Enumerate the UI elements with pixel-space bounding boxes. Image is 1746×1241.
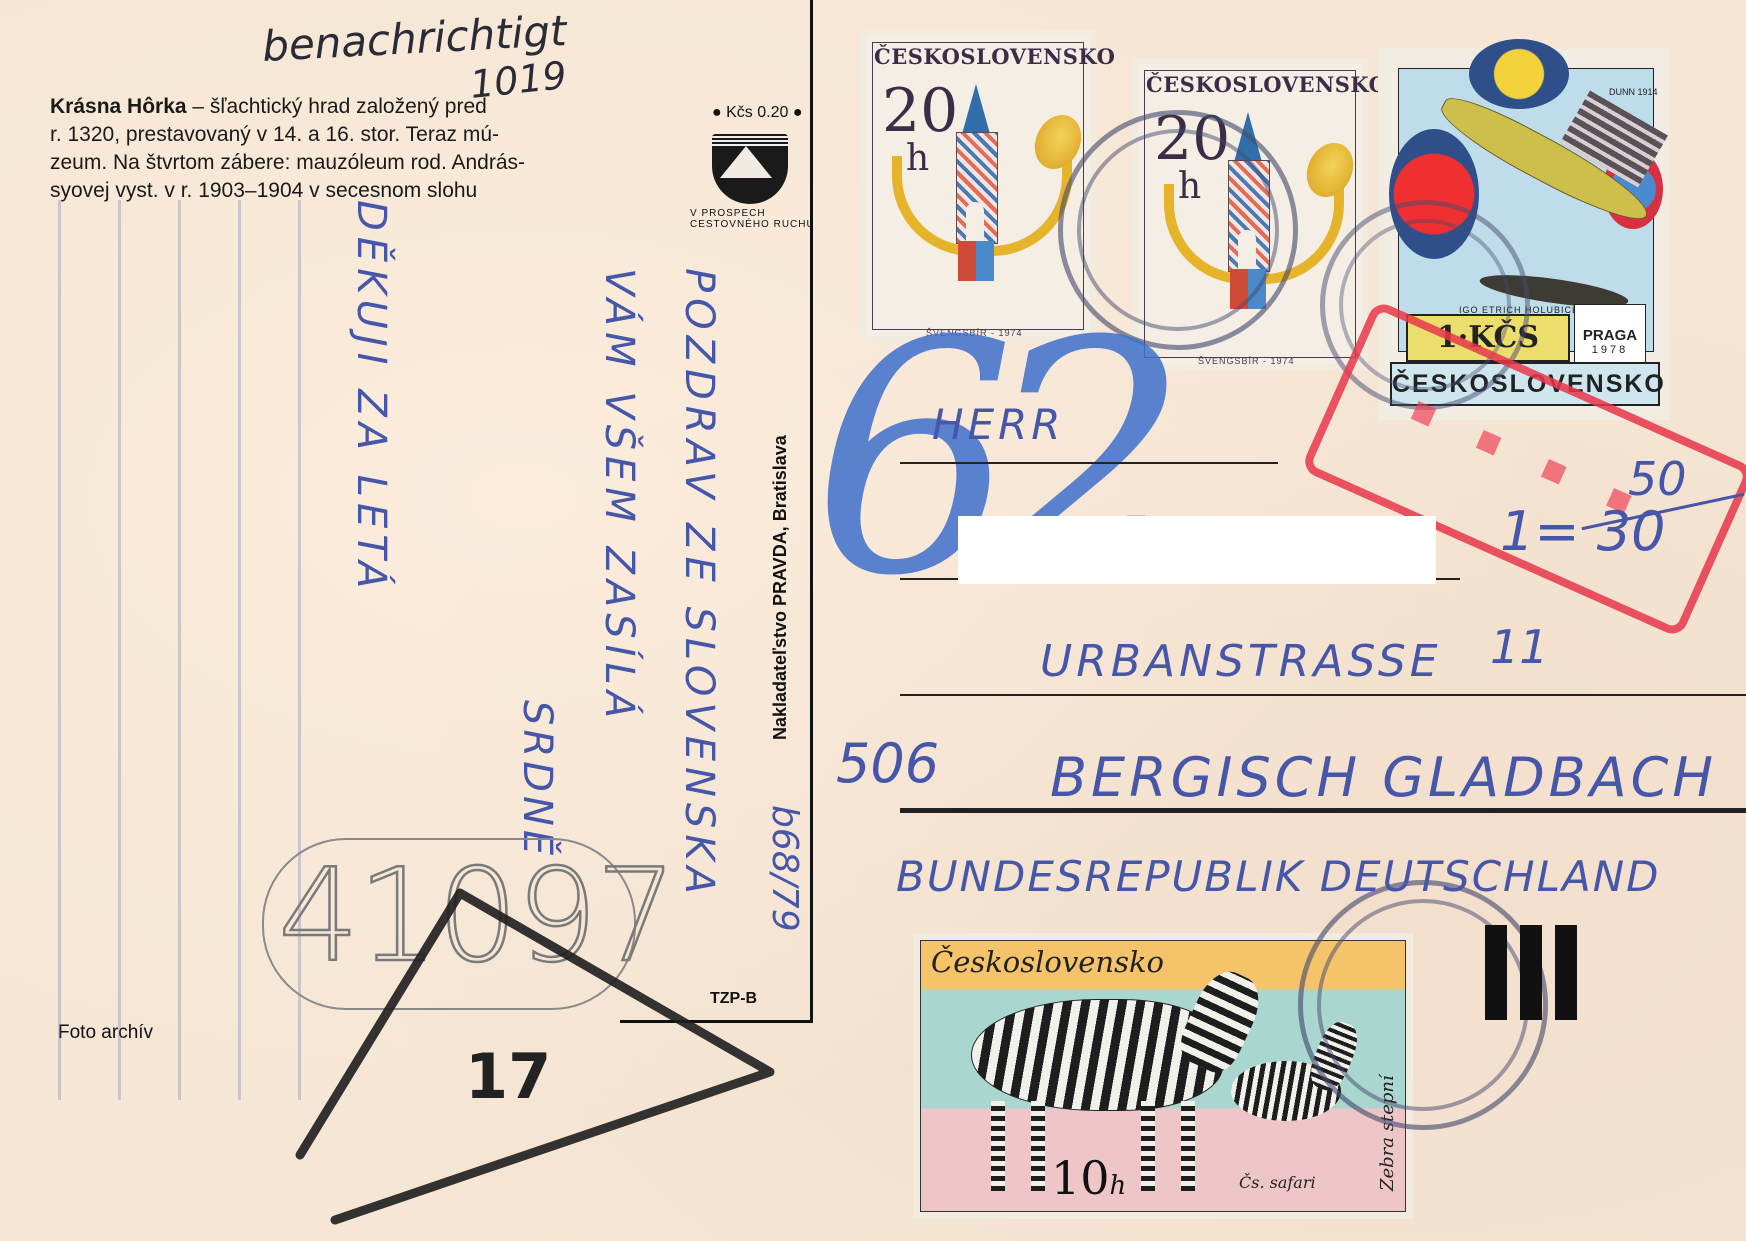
address-line (900, 694, 1746, 696)
mountain-edelweiss-shield-icon (712, 134, 788, 204)
stamp-country: ČESKOSLOVENSKO (1146, 72, 1387, 97)
triangle-mark-number: 17 (465, 1040, 551, 1113)
caption-line: – šľachtický hrad založený pred (187, 95, 487, 118)
stamp-subtitle: Čs. safari (1239, 1173, 1316, 1192)
publisher-imprint: Nakladateľstvo PRAVDA, Bratislava (770, 435, 791, 740)
address-line (900, 462, 1278, 464)
praga-logo: PRAGA 1978 (1574, 304, 1646, 366)
stamp-country: Československo (931, 945, 1164, 979)
caption-line: syovej vyst. v r. 1903–1904 v secesnom s… (50, 179, 477, 202)
stamp-value: 20 (882, 76, 958, 146)
address-salutation: HERR (932, 400, 1064, 449)
address-house-number: 11 (1490, 620, 1549, 674)
stamp-value: 10h (1051, 1151, 1126, 1205)
postcard-back: benachrichtigt 1019 Krásna Hôrka – šľach… (0, 0, 1746, 1241)
tourism-emblem: ● Kčs 0.20 ● V PROSPECH CESTOVNÉHO RUCHU (688, 96, 816, 226)
message-line: POZDRAV ZE SLOVENSKA (676, 268, 722, 900)
caption-line: zeum. Na štvrtom zábere: mauzóleum rod. … (50, 151, 525, 174)
caption-line: r. 1320, prestavovaný v 14. a 16. stor. … (50, 123, 499, 146)
postcard-caption: Krásna Hôrka – šľachtický hrad založený … (50, 93, 650, 205)
emblem-price: ● Kčs 0.20 ● (712, 104, 802, 122)
postage-due-amount: 1= 30 (1500, 500, 1665, 563)
bars-mark-icon (1485, 925, 1590, 1020)
stamp-credit: ŠVENGSBÍR - 1974 (1198, 356, 1295, 366)
stamp-country: ČESKOSLOVENSKO (874, 44, 1115, 69)
address-street: URBANSTRASSE (1040, 636, 1442, 687)
address-country: BUNDESREPUBLIK DEUTSCHLAND (896, 852, 1661, 901)
address-postal-code: 506 (836, 732, 939, 795)
redacted-name (958, 516, 1436, 584)
message-line: VÁM VŠEM ZASÍLÁ (596, 268, 642, 724)
address-city: BERGISCH GLADBACH (1050, 746, 1717, 809)
caption-title: Krásna Hôrka (50, 95, 187, 118)
message-line: SRDNĚ (514, 700, 560, 859)
message-line: DĚKUJI ZA LETÁ (348, 200, 394, 594)
emblem-arc-text: V PROSPECH CESTOVNÉHO RUCHU (690, 208, 816, 230)
cursive-message (20, 200, 310, 1100)
postage-due-numerator: 50 (1628, 452, 1687, 506)
stamp-caption: DUNN 1914 (1609, 87, 1658, 97)
